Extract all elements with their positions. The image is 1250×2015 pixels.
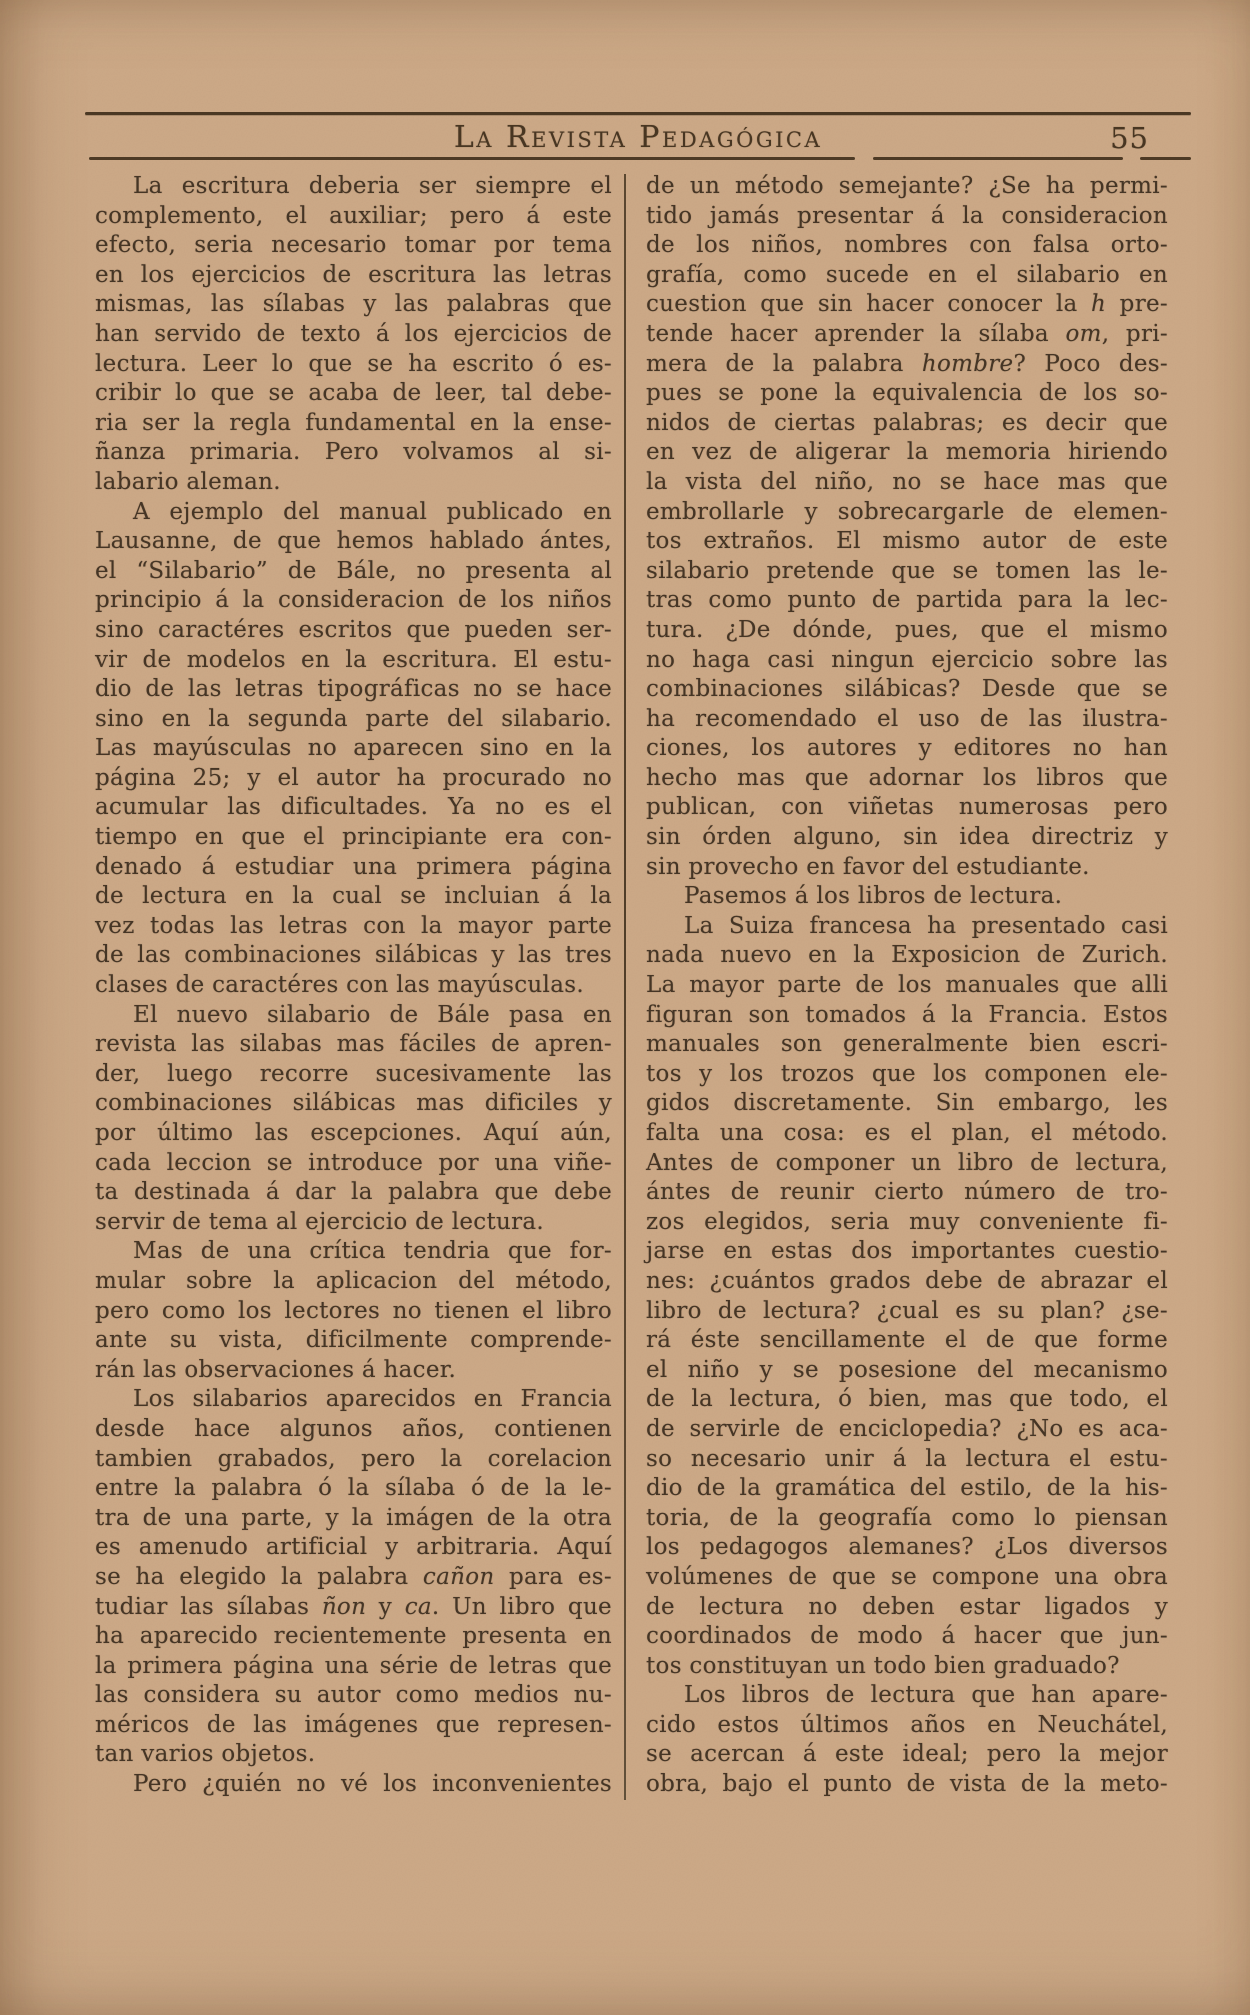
text-line: acumular las dificultades. Ya no es el (95, 793, 612, 823)
text-line: Antes de componer un libro de lectura, (646, 1149, 1168, 1179)
text-line: el niño y se posesione del mecanismo (646, 1356, 1168, 1386)
text-line: servir de tema al ejercicio de lectura. (95, 1208, 612, 1238)
text-line: ta destinada á dar la palabra que debe (95, 1178, 612, 1208)
text-line: sin órden alguno, sin idea directriz y (646, 823, 1168, 853)
text-line: Lausanne, de que hemos hablado ántes, (95, 527, 612, 557)
text-line: cuestion que sin hacer conocer la h pre- (646, 290, 1168, 320)
header-rule-bottom-segment (1140, 157, 1191, 160)
text-line: volúmenes de que se compone una obra (646, 1563, 1168, 1593)
text-line: dio de la gramática del estilo, de la hi… (646, 1474, 1168, 1504)
header-rule-top (85, 112, 1191, 115)
text-line: de la lectura, ó bien, mas que todo, el (646, 1385, 1168, 1415)
text-line: de lectura en la cual se incluian á la (95, 882, 612, 912)
text-line: toria, de la geografía como lo piensan (646, 1504, 1168, 1534)
text-line: tos extraños. El mismo autor de este (646, 527, 1168, 557)
text-line: principio á la consideracion de los niño… (95, 586, 612, 616)
text-line: La Suiza francesa ha presentado casi (646, 912, 1168, 942)
text-line: desde hace algunos años, contienen (95, 1415, 612, 1445)
text-line: combinaciones silábicas? Desde que se (646, 675, 1168, 705)
text-line: tiempo en que el principiante era con- (95, 823, 612, 853)
text-line: coordinados de modo á hacer que jun- (646, 1622, 1168, 1652)
text-line: tambien grabados, pero la corelacion (95, 1445, 612, 1475)
text-line: Pasemos á los libros de lectura. (646, 882, 1168, 912)
text-line: vez todas las letras con la mayor parte (95, 912, 612, 942)
text-line: de lectura no deben estar ligados y (646, 1593, 1168, 1623)
running-head: La Revista Pedagógica 55 (85, 100, 1191, 170)
text-line: cribir lo que se acaba de leer, tal debe… (95, 379, 612, 409)
column-divider-rule (624, 174, 626, 1800)
page-number: 55 (1110, 121, 1149, 155)
text-line: lectura. Leer lo que se ha escrito ó es- (95, 350, 612, 380)
text-line: der, luego recorre sucesivamente las (95, 1060, 612, 1090)
text-line: es amenudo artificial y arbitraria. Aquí (95, 1533, 612, 1563)
text-line: tudiar las sílabas ñon y ca. Un libro qu… (95, 1593, 612, 1623)
text-line: obra, bajo el punto de vista de la meto- (646, 1770, 1168, 1800)
text-line: los pedagogos alemanes? ¿Los diversos (646, 1533, 1168, 1563)
text-line: tos constituyan un todo bien graduado? (646, 1652, 1168, 1682)
text-line: figuran son tomados á la Francia. Estos (646, 1001, 1168, 1031)
text-line: La escritura deberia ser siempre el (95, 172, 612, 202)
header-rule-bottom-segment (89, 157, 855, 160)
text-line: denado á estudiar una primera página (95, 853, 612, 883)
text-line: ria ser la regla fundamental en la ense- (95, 409, 612, 439)
text-line: dio de las letras tipográficas no se hac… (95, 675, 612, 705)
text-line: tras como punto de partida para la lec- (646, 586, 1168, 616)
text-line: tra de una parte, y la imágen de la otra (95, 1504, 612, 1534)
text-line: zos elegidos, seria muy conveniente fi- (646, 1208, 1168, 1238)
text-line: por último las escepciones. Aquí aún, (95, 1119, 612, 1149)
text-line: La mayor parte de los manuales que alli (646, 971, 1168, 1001)
text-line: pero como los lectores no tienen el libr… (95, 1297, 612, 1327)
text-line: entre la palabra ó la sílaba ó de la le- (95, 1474, 612, 1504)
text-line: grafía, como sucede en el silabario en (646, 261, 1168, 291)
text-line: tende hacer aprender la sílaba om, pri- (646, 320, 1168, 350)
text-line: revista las silabas mas fáciles de apren… (95, 1030, 612, 1060)
text-line: jarse en estas dos importantes cuestio- (646, 1237, 1168, 1267)
text-line: de las combinaciones silábicas y las tre… (95, 941, 612, 971)
text-line: mular sobre la aplicacion del método, (95, 1267, 612, 1297)
text-line: tido jamás presentar á la consideracion (646, 202, 1168, 232)
text-line: en vez de aligerar la memoria hiriendo (646, 438, 1168, 468)
text-line: las considera su autor como medios nu- (95, 1681, 612, 1711)
text-line: sino en la segunda parte del silabario. (95, 705, 612, 735)
text-line: no haga casi ningun ejercicio sobre las (646, 646, 1168, 676)
text-line: de un método semejante? ¿Se ha permi- (646, 172, 1168, 202)
text-line: la primera página una série de letras qu… (95, 1652, 612, 1682)
text-line: hecho mas que adornar los libros que (646, 764, 1168, 794)
text-line: de los niños, nombres con falsa orto- (646, 231, 1168, 261)
text-line: se acercan á este ideal; pero la mejor (646, 1740, 1168, 1770)
text-line: página 25; y el autor ha procurado no (95, 764, 612, 794)
text-line: gidos discretamente. Sin embargo, les (646, 1089, 1168, 1119)
header-rule-bottom-segment (873, 157, 1123, 160)
text-line: vir de modelos en la escritura. El estu- (95, 646, 612, 676)
text-line: mera de la palabra hombre? Poco des- (646, 350, 1168, 380)
text-line: mismas, las sílabas y las palabras que (95, 290, 612, 320)
text-line: han servido de texto á los ejercicios de (95, 320, 612, 350)
left-text-column: La escritura deberia ser siempre elcompl… (95, 172, 612, 1800)
text-line: ha recomendado el uso de las ilustra- (646, 705, 1168, 735)
text-line: nes: ¿cuántos grados debe de abrazar el (646, 1267, 1168, 1297)
text-line: ciones, los autores y editores no han (646, 734, 1168, 764)
text-line: tura. ¿De dónde, pues, que el mismo (646, 616, 1168, 646)
text-line: Pero ¿quién no vé los inconvenientes (95, 1770, 612, 1800)
text-line: sin provecho en favor del estudiante. (646, 853, 1168, 883)
text-line: embrollarle y sobrecargarle de elemen- (646, 498, 1168, 528)
text-line: sino caractéres escritos que pueden ser- (95, 616, 612, 646)
right-text-column: de un método semejante? ¿Se ha permi-tid… (646, 172, 1168, 1800)
text-line: méricos de las imágenes que represen- (95, 1711, 612, 1741)
text-line: libro de lectura? ¿cual es su plan? ¿se- (646, 1297, 1168, 1327)
text-line: el “Silabario” de Bále, no presenta al (95, 557, 612, 587)
text-line: falta una cosa: es el plan, el método. (646, 1119, 1168, 1149)
text-line: tos y los trozos que los componen ele- (646, 1060, 1168, 1090)
text-line: en los ejercicios de escritura las letra… (95, 261, 612, 291)
text-line: ha aparecido recientemente presenta en (95, 1622, 612, 1652)
text-line: labario aleman. (95, 468, 612, 498)
text-line: silabario pretende que se tomen las le- (646, 557, 1168, 587)
text-line: rá éste sencillamente el de que forme (646, 1326, 1168, 1356)
text-line: publican, con viñetas numerosas pero (646, 793, 1168, 823)
text-line: nada nuevo en la Exposicion de Zurich. (646, 941, 1168, 971)
text-line: se ha elegido la palabra cañon para es- (95, 1563, 612, 1593)
text-line: efecto, seria necesario tomar por tema (95, 231, 612, 261)
text-line: la vista del niño, no se hace mas que (646, 468, 1168, 498)
text-line: manuales son generalmente bien escri- (646, 1030, 1168, 1060)
text-line: nidos de ciertas palabras; es decir que (646, 409, 1168, 439)
journal-title: La Revista Pedagógica (85, 120, 1191, 155)
text-line: Mas de una crítica tendria que for- (95, 1237, 612, 1267)
text-line: Los silabarios aparecidos en Francia (95, 1385, 612, 1415)
scanned-page: La Revista Pedagógica 55 La escritura de… (0, 0, 1250, 2015)
text-line: cada leccion se introduce por una viñe- (95, 1149, 612, 1179)
text-line: de servirle de enciclopedia? ¿No es aca- (646, 1415, 1168, 1445)
text-line: clases de caractéres con las mayúsculas. (95, 971, 612, 1001)
text-line: rán las observaciones á hacer. (95, 1356, 612, 1386)
text-line: so necesario unir á la lectura el estu- (646, 1445, 1168, 1475)
text-line: ñanza primaria. Pero volvamos al si- (95, 438, 612, 468)
text-line: ántes de reunir cierto número de tro- (646, 1178, 1168, 1208)
text-line: ante su vista, dificilmente comprende- (95, 1326, 612, 1356)
text-line: Las mayúsculas no aparecen sino en la (95, 734, 612, 764)
text-line: complemento, el auxiliar; pero á este (95, 202, 612, 232)
text-line: A ejemplo del manual publicado en (95, 498, 612, 528)
text-line: pues se pone la equivalencia de los so- (646, 379, 1168, 409)
text-line: combinaciones silábicas mas dificiles y (95, 1089, 612, 1119)
text-line: cido estos últimos años en Neuchátel, (646, 1711, 1168, 1741)
text-line: tan varios objetos. (95, 1740, 612, 1770)
text-line: Los libros de lectura que han apare- (646, 1681, 1168, 1711)
text-line: El nuevo silabario de Bále pasa en (95, 1001, 612, 1031)
